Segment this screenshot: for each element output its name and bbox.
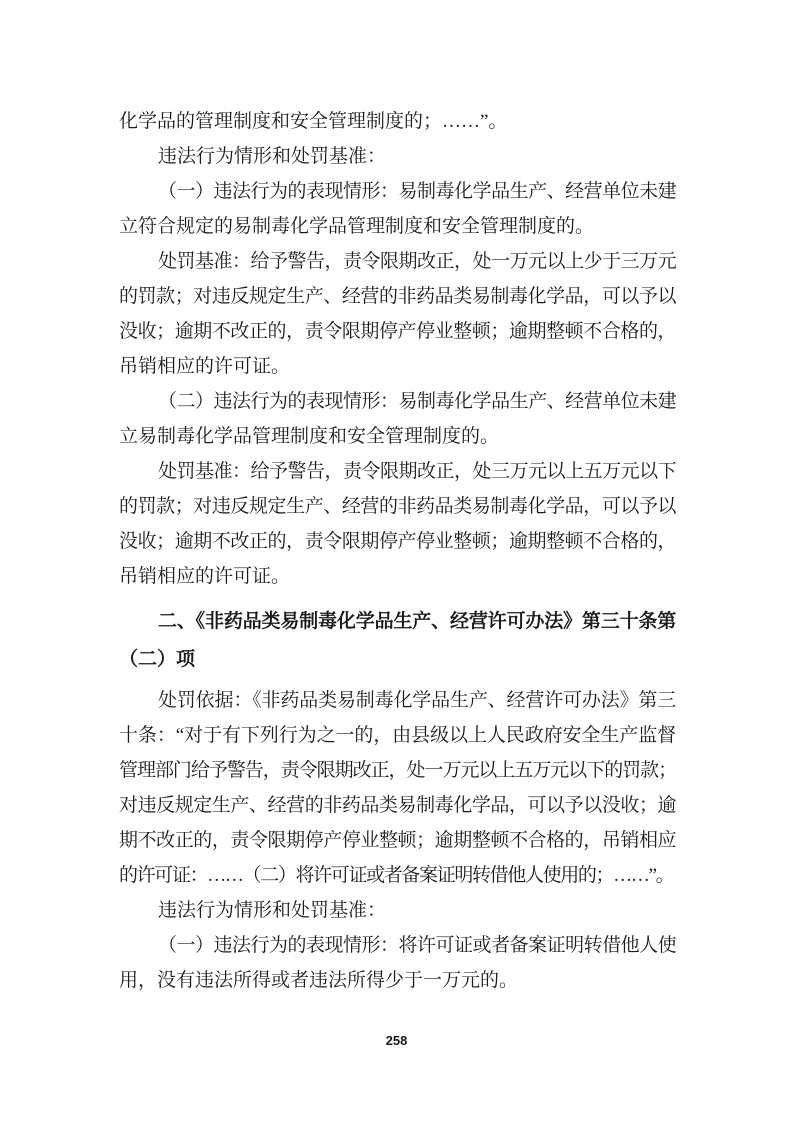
text-line: 违法行为情形和处罚基准：: [119, 893, 676, 928]
text-line: 处罚依据：《非药品类易制毒化学品生产、经营许可办法》第三: [119, 683, 676, 718]
text-line: （二）项: [119, 641, 676, 679]
text-line: （一）违法行为的表现情形：易制毒化学品生产、经营单位未建: [119, 174, 676, 209]
paragraph: 违法行为情形和处罚基准：: [119, 139, 676, 174]
text-line: 吊销相应的许可证。: [119, 559, 676, 594]
document-body: 化学品的管理制度和安全管理制度的；……”。违法行为情形和处罚基准：（一）违法行为…: [119, 104, 676, 998]
text-line: 管理部门给予警告，责令限期改正，处一万元以上五万元以下的罚款；: [119, 753, 676, 788]
text-line: 立符合规定的易制毒化学品管理制度和安全管理制度的。: [119, 209, 676, 244]
text-line: 用，没有违法所得或者违法所得少于一万元的。: [119, 963, 676, 998]
paragraph: 处罚基准：给予警告，责令限期改正，处一万元以上少于三万元的罚款；对违反规定生产、…: [119, 244, 676, 384]
paragraph: （一）违法行为的表现情形：易制毒化学品生产、经营单位未建立符合规定的易制毒化学品…: [119, 174, 676, 244]
text-line: 对违反规定生产、经营的非药品类易制毒化学品，可以予以没收；逾: [119, 788, 676, 823]
text-line: 没收；逾期不改正的，责令限期停产停业整顿；逾期整顿不合格的，: [119, 314, 676, 349]
text-line: 没收；逾期不改正的，责令限期停产停业整顿；逾期整顿不合格的，: [119, 524, 676, 559]
text-line: 立易制毒化学品管理制度和安全管理制度的。: [119, 419, 676, 454]
text-line: 违法行为情形和处罚基准：: [119, 139, 676, 174]
paragraph: 化学品的管理制度和安全管理制度的；……”。: [119, 104, 676, 139]
text-line: 的罚款；对违反规定生产、经营的非药品类易制毒化学品，可以予以: [119, 489, 676, 524]
paragraph: 违法行为情形和处罚基准：: [119, 893, 676, 928]
text-line: 处罚基准：给予警告，责令限期改正，处一万元以上少于三万元: [119, 244, 676, 279]
text-line: 吊销相应的许可证。: [119, 349, 676, 384]
text-line: （一）违法行为的表现情形：将许可证或者备案证明转借他人使: [119, 928, 676, 963]
document-page: 化学品的管理制度和安全管理制度的；……”。违法行为情形和处罚基准：（一）违法行为…: [0, 0, 793, 1122]
paragraph: 处罚依据：《非药品类易制毒化学品生产、经营许可办法》第三十条：“对于有下列行为之…: [119, 683, 676, 893]
page-number: 258: [0, 1033, 793, 1048]
text-line: 期不改正的，责令限期停产停业整顿；逾期整顿不合格的，吊销相应: [119, 823, 676, 858]
text-line: （二）违法行为的表现情形：易制毒化学品生产、经营单位未建: [119, 384, 676, 419]
paragraph: （二）违法行为的表现情形：易制毒化学品生产、经营单位未建立易制毒化学品管理制度和…: [119, 384, 676, 454]
text-line: 的许可证：……（二）将许可证或者备案证明转借他人使用的；……”。: [119, 858, 676, 893]
section-heading: 二、《非药品类易制毒化学品生产、经营许可办法》第三十条第（二）项: [119, 603, 676, 679]
paragraph: 处罚基准：给予警告，责令限期改正，处三万元以上五万元以下的罚款；对违反规定生产、…: [119, 454, 676, 594]
text-line: 二、《非药品类易制毒化学品生产、经营许可办法》第三十条第: [119, 603, 676, 641]
text-line: 化学品的管理制度和安全管理制度的；……”。: [119, 104, 676, 139]
text-line: 十条：“对于有下列行为之一的，由县级以上人民政府安全生产监督: [119, 718, 676, 753]
text-line: 的罚款；对违反规定生产、经营的非药品类易制毒化学品，可以予以: [119, 279, 676, 314]
text-line: 处罚基准：给予警告，责令限期改正，处三万元以上五万元以下: [119, 454, 676, 489]
paragraph: （一）违法行为的表现情形：将许可证或者备案证明转借他人使用，没有违法所得或者违法…: [119, 928, 676, 998]
